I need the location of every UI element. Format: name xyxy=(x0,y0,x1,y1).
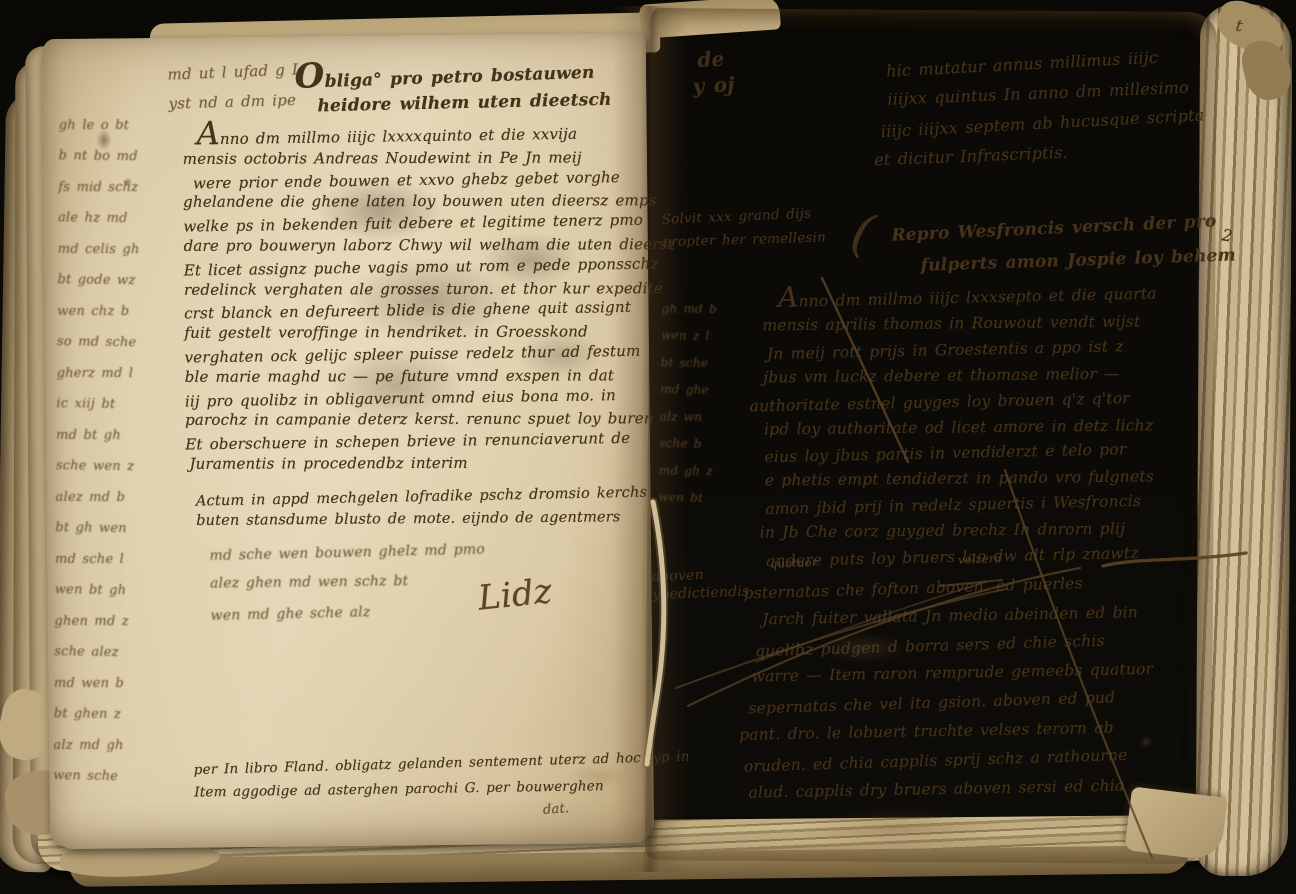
hand-line: md ghe xyxy=(660,376,761,405)
hand-line: bt gode wz xyxy=(57,264,189,297)
bottom-leaf-edges xyxy=(38,815,1228,871)
hand-line: alz wn xyxy=(660,403,760,431)
frayed-corner xyxy=(1237,35,1296,104)
left-page-body-text: Anno dm millmo iiijc lxxxxquinto et die … xyxy=(182,118,659,477)
hand-line: sche wen z xyxy=(56,450,188,483)
frayed-edge xyxy=(0,685,61,765)
hand-line: wen z l xyxy=(661,322,762,351)
hand-line: sche b xyxy=(659,430,760,459)
interlinear-insertion: quatuor xyxy=(770,555,818,571)
hand-line: wen bt xyxy=(658,484,759,513)
left-page-footnote: per In libro Fland. obligatz gelanden se… xyxy=(194,747,647,806)
right-page-margin-bleedthrough: gh md bwen z lbt schemd ghealz wnsche bm… xyxy=(658,295,762,513)
left-page-faded-lines: md sche wen bouwen ghelz md pmoalez ghen… xyxy=(209,532,631,629)
left-page-footnote-mark: dat. xyxy=(543,801,570,818)
right-page-body-text: Anno dm millmo iiijc lxxxsepto et die qu… xyxy=(762,276,1238,573)
hand-line: buten stansdume blusto de mote. eijndo d… xyxy=(196,506,658,532)
hand-line: ic xiij bt xyxy=(56,388,188,421)
hand-line: alez md b xyxy=(56,482,188,513)
folio-corner-mark: t xyxy=(1235,16,1244,36)
hand-line: alz md gh xyxy=(53,730,185,761)
hand-line: sche alez xyxy=(54,636,186,669)
hand-line: gh md b xyxy=(661,295,761,323)
hand-line: ghen md z xyxy=(54,606,186,637)
hand-line: bt gh wen xyxy=(55,512,187,545)
frayed-edge xyxy=(59,838,221,880)
hand-line: b nt bo md xyxy=(58,140,190,173)
hand-line: de xyxy=(697,45,734,73)
hand-line: bt ghen z xyxy=(53,698,185,731)
hand-line: wen chz b xyxy=(57,296,189,327)
hand-line: md bt gh xyxy=(56,420,188,451)
bottom-leaf-edges-shadow xyxy=(70,845,1190,887)
right-page-year-note: hic mutatur annus millimus iiijciiijxx q… xyxy=(885,40,1226,175)
hand-line: md sche l xyxy=(55,544,187,575)
hand-line: md wen b xyxy=(54,668,186,699)
left-page-heading: Obliga° pro petro bostauwenheidore wilhe… xyxy=(294,53,640,121)
quire-mark: dey oj xyxy=(697,45,736,99)
frayed-corner xyxy=(1210,0,1292,62)
top-leaf-edge-center xyxy=(639,0,781,39)
hand-line: gh le o bt xyxy=(59,110,191,141)
hand-line: wen sche xyxy=(53,760,185,793)
hand-line: fs mid schz xyxy=(58,172,190,203)
hand-line: so md sche xyxy=(57,326,189,359)
hand-line: ale hz md xyxy=(58,202,190,235)
right-page-lower-entry: psternatas che fofton aboven. ed puerles… xyxy=(743,566,1240,808)
interlinear-insertion: velzera xyxy=(958,551,1002,567)
hand-line: Anno dm millmo iiijc lxxxxquinto et die … xyxy=(196,117,656,152)
hand-line: Juramentis in procedendbz interim xyxy=(189,452,659,475)
notary-signature-flourish: Lidz xyxy=(476,571,554,619)
left-page-margin-bleedthrough: gh le o btb nt bo mdfs mid schzale hz md… xyxy=(53,109,191,792)
hand-line: md celis gh xyxy=(58,234,190,265)
manuscript-photo: md ut l ufad g Lyst nd a dm ipe gh le o … xyxy=(0,0,1296,894)
hand-line: y oj xyxy=(692,71,735,99)
left-page-closing-formula: Actum in appd mechgelen lofradike pschz … xyxy=(196,483,659,533)
hand-line: bt sche xyxy=(661,349,761,377)
right-page-heading: Repro Wesfroncis versch der profulperts … xyxy=(891,205,1241,284)
hand-line: md gh z xyxy=(659,457,759,485)
binding-thread xyxy=(647,502,664,764)
hand-line: wen bt gh xyxy=(55,574,187,607)
hand-line: gherz md l xyxy=(57,358,189,389)
